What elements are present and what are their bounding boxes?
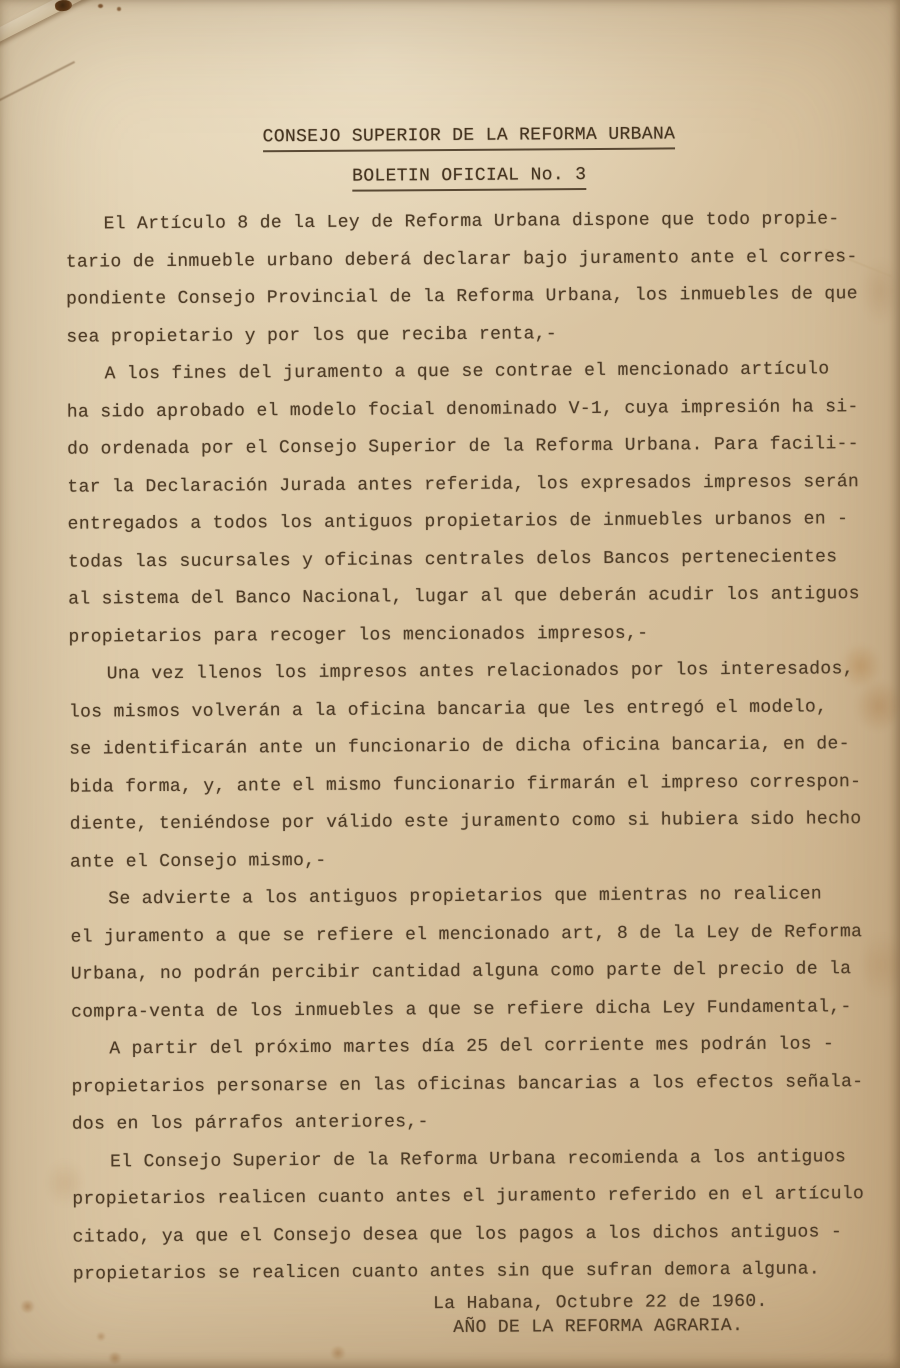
text-line: propietarios realicen cuanto antes el ju… (72, 1176, 900, 1219)
text-line: citado, ya que el Consejo desea que los … (73, 1213, 900, 1256)
text-line: propietarios personarse en las oficinas … (71, 1063, 900, 1106)
scanned-document-page: CONSEJO SUPERIOR DE LA REFORMA URBANA BO… (0, 0, 900, 1368)
text-line: El Consejo Superior de la Reforma Urbana… (72, 1138, 900, 1181)
text-line: Urbana, no podrán percibir cantidad algu… (71, 951, 900, 994)
text-line: Se advierte a los antiguos propietarios … (70, 876, 900, 919)
text-line: bida forma, y, ante el mismo funcionario… (69, 763, 900, 806)
document-title: CONSEJO SUPERIOR DE LA REFORMA URBANA (263, 125, 676, 152)
text-line: todas las sucursales y oficinas centrale… (68, 538, 900, 581)
document-header: CONSEJO SUPERIOR DE LA REFORMA URBANA BO… (1, 123, 900, 194)
year-line: AÑO DE LA REFORMA AGRARIA. (453, 1312, 900, 1339)
text-line: A partir del próximo martes día 25 del c… (71, 1026, 900, 1069)
document-content: CONSEJO SUPERIOR DE LA REFORMA URBANA BO… (0, 0, 900, 1343)
text-line: dos en los párrafos anteriores,- (72, 1101, 900, 1144)
text-line: pondiente Consejo Provincial de la Refor… (66, 276, 900, 319)
text-line: entregados a todos los antiguos propieta… (68, 501, 900, 544)
text-line: compra-venta de los inmuebles a que se r… (71, 988, 900, 1031)
text-line: los mismos volverán a la oficina bancari… (69, 688, 900, 731)
text-line: sea propietario y por los que reciba ren… (66, 313, 900, 356)
text-line: el juramento a que se refiere el mencion… (70, 913, 900, 956)
paper-stain (108, 1352, 122, 1364)
text-line: diente, teniéndose por válido este juram… (70, 801, 900, 844)
paper-stain (330, 1346, 346, 1360)
text-line: ante el Consejo mismo,- (70, 838, 900, 881)
text-line: A los fines del juramento a que se contr… (66, 351, 900, 394)
text-line: al sistema del Banco Nacional, lugar al … (68, 576, 900, 619)
text-line: se identificarán ante un funcionario de … (69, 726, 900, 769)
text-line: propietarios se realicen cuanto antes si… (73, 1251, 900, 1294)
text-line: ha sido aprobado el modelo focial denomi… (67, 388, 900, 431)
document-body: El Artículo 8 de la Ley de Reforma Urban… (65, 201, 900, 1294)
text-line: tario de inmueble urbano deberá declarar… (66, 238, 900, 281)
text-line: Una vez llenos los impresos antes relaci… (69, 651, 900, 694)
date-line: La Habana, Octubre 22 de 1960. (433, 1288, 900, 1315)
document-subtitle: BOLETIN OFICIAL No. 3 (352, 166, 586, 192)
text-line: El Artículo 8 de la Ley de Reforma Urban… (65, 201, 900, 244)
text-line: tar la Declaración Jurada antes referida… (67, 463, 900, 506)
text-line: propietarios para recoger los mencionado… (68, 613, 900, 656)
text-line: do ordenada por el Consejo Superior de l… (67, 426, 900, 469)
